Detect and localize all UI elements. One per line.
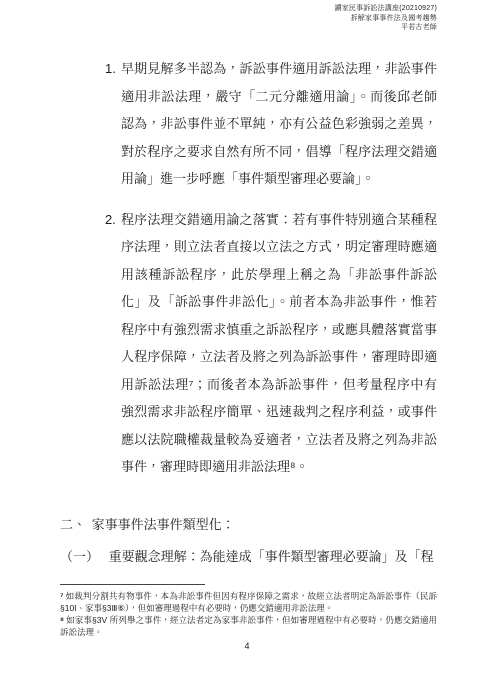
numbered-item-2: 2. 程序法理交錯適用論之落實：若有事件特別適合某種程序法理，則立法者直接以立法… <box>105 206 437 481</box>
footnotes-area: ⁷如裁判分割共有物事件，本為非訟事件但因有程序保障之需求，故經立法者明定為訴訟事… <box>60 584 437 638</box>
footnote-8: ⁸如家事§3V 所列舉之事件，經立法者定為家事非訟事件，但如審理過程中有必要時，… <box>60 614 437 638</box>
list-number: 2. <box>105 206 116 234</box>
list-item-text: 程序法理交錯適用論之落實：若有事件特別適合某種程序法理，則立法者直接以立法之方式… <box>121 212 437 475</box>
subsection-heading: （一） 重要觀念理解：為能達成「事件類型審理必要論」及「程 <box>60 543 437 571</box>
footnote-7: ⁷如裁判分割共有物事件，本為非訟事件但因有程序保障之需求，故經立法者明定為訴訟事… <box>60 590 437 614</box>
footnote-8-text: 如家事§3V 所列舉之事件，經立法者定為家事非訟事件，但如審理過程中有必要時，仍… <box>60 615 437 637</box>
section-heading: 二、 家事事件法事件類型化： <box>60 511 437 539</box>
header-subtitle: 拆解家事事件法及國考趨勢 <box>334 14 437 24</box>
document-body: 1. 早期見解多半認為，訴訟事件適用訴訟法理，非訟事件適用非訟法理，嚴守「二元分… <box>60 55 437 571</box>
page-number: 4 <box>0 640 494 652</box>
subsection-text: 重要觀念理解：為能達成「事件類型審理必要論」及「程 <box>109 549 434 564</box>
header-course-title: 讀家民事訴訟法講座(20210927) <box>334 4 437 14</box>
list-number: 1. <box>105 55 116 83</box>
footnote-7-text: 如裁判分割共有物事件，本為非訟事件但因有程序保障之需求，故經立法者明定為訴訟事件… <box>60 591 437 613</box>
subsection-marker: （一） <box>60 543 105 571</box>
document-page: 讀家民事訴訟法講座(20210927) 拆解家事事件法及國考趨勢 平若古老師 1… <box>0 0 494 700</box>
header-instructor: 平若古老師 <box>334 23 437 33</box>
footnote-divider <box>60 584 205 585</box>
section-title: 家事事件法事件類型化： <box>92 517 235 532</box>
document-header: 讀家民事訴訟法講座(20210927) 拆解家事事件法及國考趨勢 平若古老師 <box>334 4 437 33</box>
list-item-text: 早期見解多半認為，訴訟事件適用訴訟法理，非訟事件適用非訟法理，嚴守「二元分離適用… <box>121 61 437 186</box>
numbered-item-1: 1. 早期見解多半認為，訴訟事件適用訴訟法理，非訟事件適用非訟法理，嚴守「二元分… <box>105 55 437 193</box>
section-marker: 二、 <box>60 511 88 539</box>
